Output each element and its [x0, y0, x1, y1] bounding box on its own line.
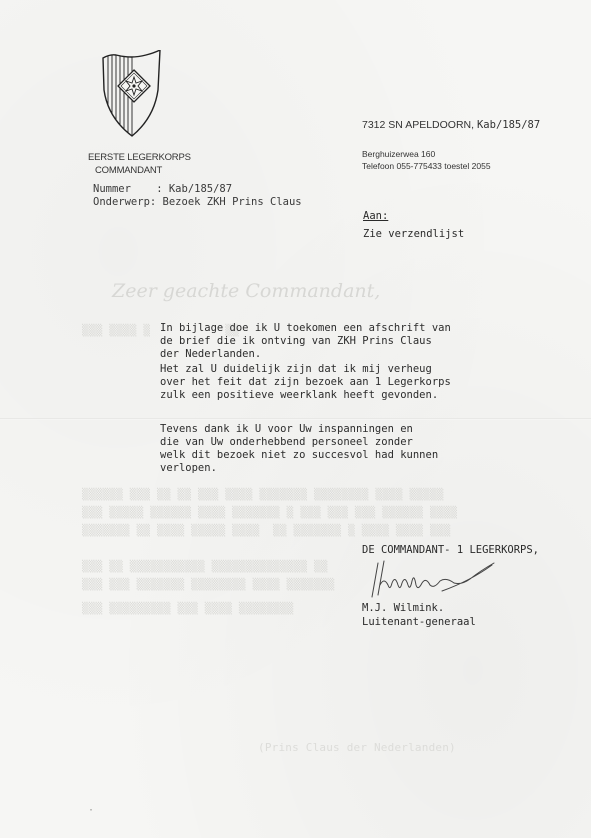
sender-reference: Kab/185/87: [477, 119, 540, 131]
show-through-salutation: Zeer geachte Commandant,: [112, 280, 380, 302]
signatory-name: M.J. Wilmink.: [362, 602, 444, 614]
show-through-line: ▒▒▒▒▒▒ ▒▒▒ ▒▒ ▒▒ ▒▒▒ ▒▒▒▒ ▒▒▒▒▒▒▒ ▒▒▒▒▒▒…: [82, 488, 444, 501]
reference-subject: Onderwerp: Bezoek ZKH Prins Claus: [93, 196, 302, 208]
show-through-line: ▒▒▒ ▒▒ ▒▒▒▒▒▒▒▒▒▒▒ ▒▒▒▒▒▒▒▒▒▒▒▒▒▒ ▒▒: [82, 560, 328, 573]
recipient-value: Zie verzendlijst: [363, 228, 464, 240]
sender-phone: Telefoon 055-775433 toestel 2055: [362, 161, 491, 171]
body-paragraph-1: In bijlage doe ik U toekomen een afschri…: [160, 322, 450, 361]
sender-street: Berghuizerwea 160: [362, 149, 435, 159]
organization-name: EERSTE LEGERKORPS: [88, 152, 191, 163]
organization-role: COMMANDANT: [95, 165, 162, 176]
show-through-line: ▒▒▒ ▒▒▒ ▒▒▒▒▒▒▒ ▒▒▒▒▒▒▒▒ ▒▒▒▒ ▒▒▒▒▒▒▒: [82, 578, 334, 591]
body-paragraph-3: Tevens dank ik U voor Uw inspanningen en…: [160, 423, 450, 475]
paragraph-text: Het zal U duidelijk zijn dat ik mij verh…: [160, 363, 450, 402]
paragraph-text: Tevens dank ik U voor Uw inspanningen en…: [160, 423, 450, 475]
handwritten-signature: [370, 555, 520, 605]
body-paragraph-2: Het zal U duidelijk zijn dat ik mij verh…: [160, 363, 450, 402]
letter-page: Zeer geachte Commandant, ▒▒▒ ▒▒▒▒ ▒ ▒▒ ▒…: [0, 0, 591, 838]
show-through-line: ▒▒▒ ▒▒▒▒▒ ▒▒▒▒▒▒ ▒▒▒▒ ▒▒▒▒▒▒▒ ▒ ▒▒▒ ▒▒▒ …: [82, 506, 457, 519]
sender-city: 7312 SN APELDOORN,: [362, 119, 474, 131]
reference-number: Nummer : Kab/185/87: [93, 183, 232, 195]
sender-city-line: 7312 SN APELDOORN, Kab/185/87: [362, 119, 540, 131]
punch-mark: ·: [88, 805, 94, 816]
fold-line: [0, 418, 591, 420]
show-through-closing: (Prins Claus der Nederlanden): [258, 741, 456, 754]
show-through-line: ▒▒▒▒▒▒▒ ▒▒ ▒▒▒▒ ▒▒▒▒▒ ▒▒▒▒ ▒▒ ▒▒▒▒▒▒▒ ▒ …: [82, 524, 450, 537]
recipient-label: Aan:: [363, 210, 388, 222]
paragraph-text: In bijlage doe ik U toekomen een afschri…: [160, 322, 450, 361]
signatory-rank: Luitenant-generaal: [362, 616, 476, 628]
show-through-line: ▒▒▒ ▒▒▒▒▒▒▒▒▒ ▒▒▒ ▒▒▒▒ ▒▒▒▒▒▒▒▒: [82, 602, 294, 615]
shield-crest-icon: [100, 50, 162, 138]
